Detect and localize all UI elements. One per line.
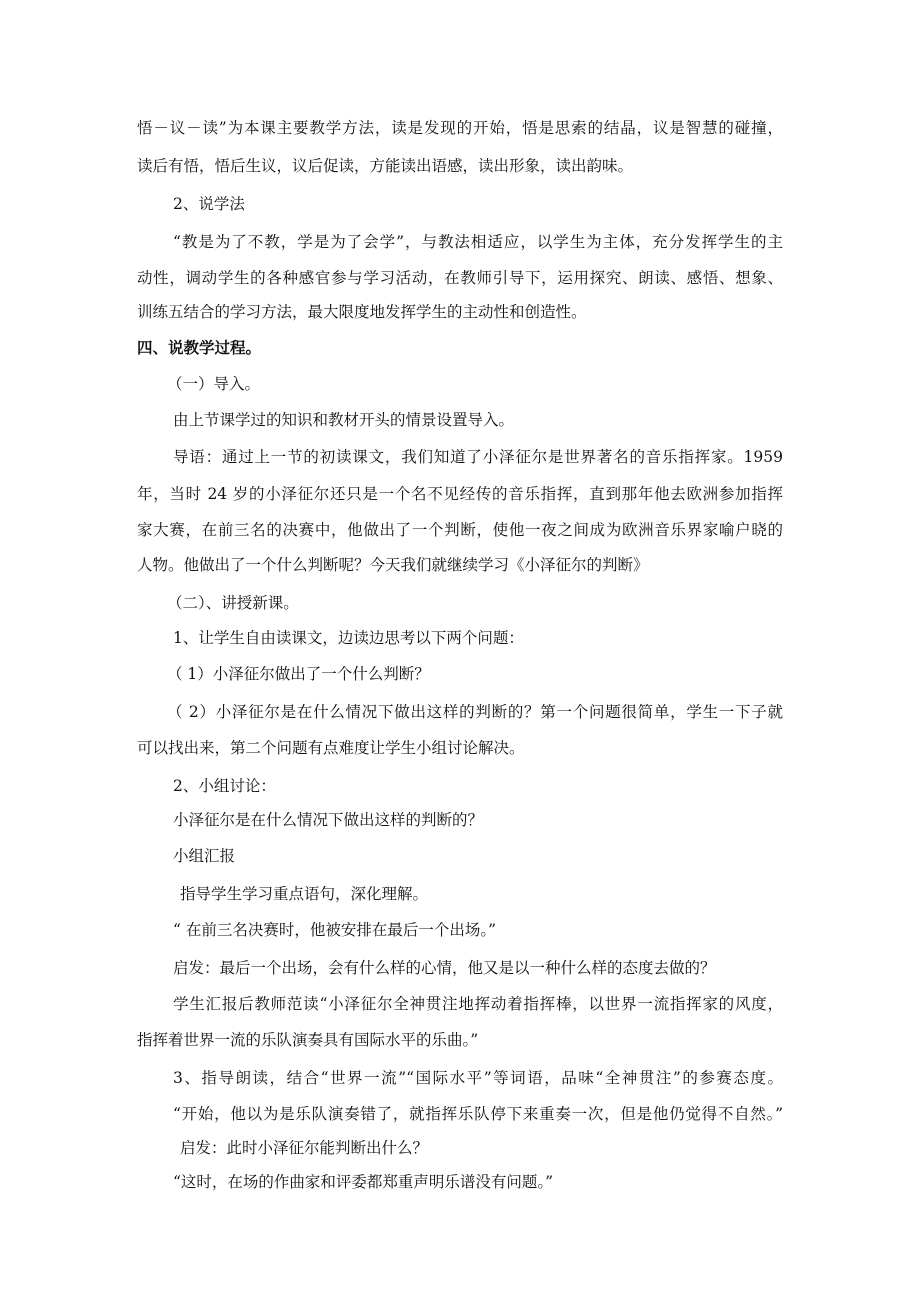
paragraph-line: 家大赛，在前三名的决赛中，他做出了一个判断，使他一夜之间成为欧洲音乐界家喻户晓的 — [137, 520, 783, 540]
paragraph-line: 可以找出来，第二个问题有点难度让学生小组讨论解决。 — [137, 738, 783, 758]
paragraph-line: （二）、讲授新课。 — [167, 593, 783, 613]
paragraph-line: 1、让学生自由读课文，边读边思考以下两个问题： — [173, 628, 783, 648]
paragraph-line: “ 在前三名决赛时，他被安排在最后一个出场。” — [173, 920, 783, 940]
paragraph-line: 小泽征尔是在什么情况下做出这样的判断的？ — [173, 810, 783, 830]
paragraph-line: 学生汇报后教师范读“小泽征尔全神贯注地挥动着指挥棒，以世界一流指挥家的风度， — [173, 994, 783, 1014]
paragraph-line: 指导学生学习重点语句，深化理解。 — [180, 884, 783, 904]
paragraph-line: 年，当时 24 岁的小泽征尔还只是一个名不见经传的音乐指挥，直到那年他去欧洲参加… — [137, 484, 783, 504]
paragraph-line: 小组汇报 — [173, 846, 783, 866]
paragraph-line: 悟－议－读”为本课主要教学方法，读是发现的开始，悟是思索的结晶，议是智慧的碰撞， — [137, 118, 783, 138]
paragraph-line: “教是为了不教，学是为了会学”，与教法相适应，以学生为主体，充分发挥学生的主 — [173, 232, 783, 252]
paragraph-line: 读后有悟，悟后生议，议后促读，方能读出语感，读出形象，读出韵味。 — [137, 156, 783, 176]
paragraph-line: 3、指导朗读，结合“世界一流”“国际水平”等词语，品味“全神贯注”的参赛态度。 — [173, 1068, 783, 1088]
paragraph-line: 启发：此时小泽征尔能判断出什么？ — [180, 1138, 783, 1158]
paragraph-line: “这时，在场的作曲家和评委都郑重声明乐谱没有问题。” — [173, 1172, 783, 1192]
paragraph-line: 由上节课学过的知识和教材开头的情景设置导入。 — [173, 410, 783, 430]
paragraph-line: 2、说学法 — [173, 194, 783, 214]
paragraph-line: （ 2）小泽征尔是在什么情况下做出这样的判断的？第一个问题很简单，学生一下子就 — [167, 702, 783, 722]
paragraph-line: 动性，调动学生的各种感官参与学习活动，在教师引导下，运用探究、朗读、感悟、想象、 — [137, 268, 783, 288]
paragraph-line: “开始，他以为是乐队演奏错了，就指挥乐队停下来重奏一次，但是他仍觉得不自然。” — [173, 1104, 783, 1124]
section-heading: 四、说教学过程。 — [137, 338, 783, 358]
paragraph-line: 启发：最后一个出场，会有什么样的心情，他又是以一种什么样的态度去做的？ — [173, 958, 783, 978]
paragraph-line: （一）导入。 — [167, 374, 783, 394]
document-page: 悟－议－读”为本课主要教学方法，读是发现的开始，悟是思索的结晶，议是智慧的碰撞，… — [0, 0, 920, 1302]
paragraph-line: 2、小组讨论： — [173, 776, 783, 796]
paragraph-line: 指挥着世界一流的乐队演奏具有国际水平的乐曲。” — [137, 1030, 783, 1050]
paragraph-line: 导语：通过上一节的初读课文，我们知道了小泽征尔是世界著名的音乐指挥家。1959 — [173, 447, 783, 467]
paragraph-line: 训练五结合的学习方法，最大限度地发挥学生的主动性和创造性。 — [137, 302, 783, 322]
paragraph-line: （ 1）小泽征尔做出了一个什么判断？ — [167, 664, 783, 684]
paragraph-line: 人物。他做出了一个什么判断呢？今天我们就继续学习《小泽征尔的判断》 — [137, 555, 783, 575]
